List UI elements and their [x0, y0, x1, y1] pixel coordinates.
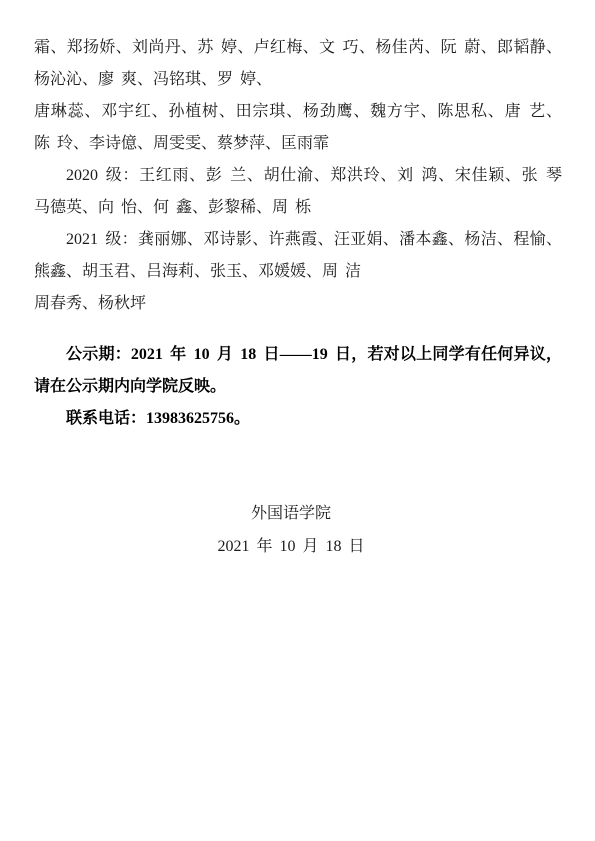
notice-period-line-2: 请在公示期内向学院反映。 — [34, 371, 562, 403]
signature-date: 2021 年 10 月 18 日 — [34, 530, 548, 563]
name-list-group-line-1: 唐琳蕊、邓宇红、孙植树、田宗琪、杨劲鹰、魏方宇、陈思私、唐 艺、 — [34, 96, 562, 128]
name-list-extra-line: 周春秀、杨秋坪 — [34, 288, 562, 320]
notice-contact-line: 联系电话：13983625756。 — [34, 403, 562, 435]
notice-period-line-1: 公示期：2021 年 10 月 18 日——19 日，若对以上同学有任何异议， — [34, 339, 562, 371]
name-list-section: 霜、郑扬娇、刘尚丹、苏 婷、卢红梅、文 巧、杨佳芮、阮 蔚、郎韬静、 杨沁沁、廖… — [34, 32, 562, 320]
signature-organization: 外国语学院 — [34, 497, 548, 530]
name-list-continuation-line-1: 霜、郑扬娇、刘尚丹、苏 婷、卢红梅、文 巧、杨佳芮、阮 蔚、郎韬静、 — [34, 32, 562, 64]
notice-section: 公示期：2021 年 10 月 18 日——19 日，若对以上同学有任何异议， … — [34, 339, 562, 435]
name-list-grade-2020-line-2: 马德英、向 怡、何 鑫、彭黎稀、周 栎 — [34, 192, 562, 224]
name-list-grade-2020-line-1: 2020 级：王红雨、彭 兰、胡仕渝、郑洪玲、刘 鸿、宋佳颖、张 琴 — [34, 160, 562, 192]
name-list-continuation-line-2: 杨沁沁、廖 爽、冯铭琪、罗 婷、 — [34, 64, 562, 96]
name-list-grade-2021-line-1: 2021 级：龚丽娜、邓诗影、许燕霞、汪亚娟、潘本鑫、杨洁、程愉、 — [34, 224, 562, 256]
name-list-grade-2021-line-2: 熊鑫、胡玉君、吕海莉、张玉、邓媛媛、周 洁 — [34, 256, 562, 288]
name-list-group-line-2: 陈 玲、李诗億、周雯雯、蔡梦萍、匡雨霏 — [34, 128, 562, 160]
document-page: 霜、郑扬娇、刘尚丹、苏 婷、卢红梅、文 巧、杨佳芮、阮 蔚、郎韬静、 杨沁沁、廖… — [0, 0, 595, 841]
signature-section: 外国语学院 2021 年 10 月 18 日 — [34, 497, 562, 563]
